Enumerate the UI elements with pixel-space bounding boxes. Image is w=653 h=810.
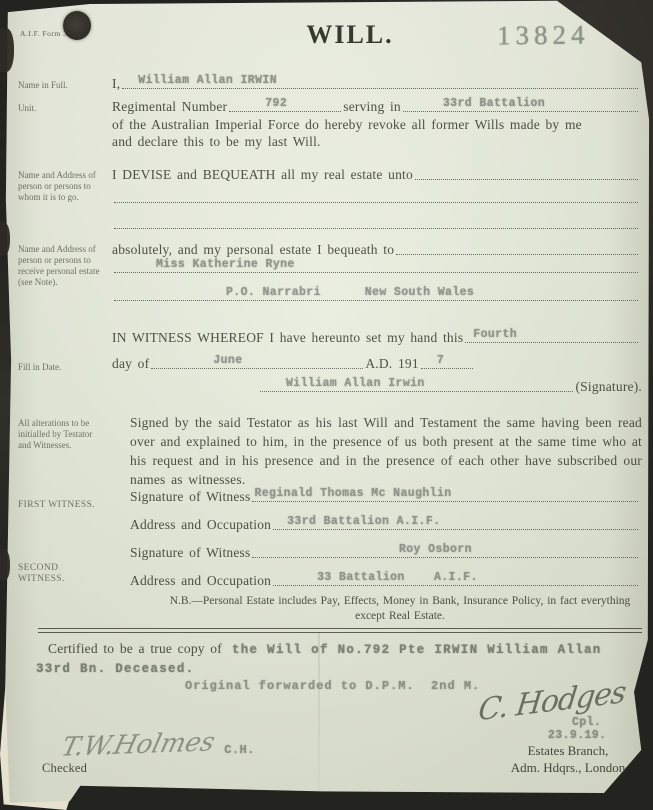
forwarded-note-typed: Original forwarded to D.P.M. 2nd M. (185, 679, 480, 693)
punch-hole (63, 11, 91, 40)
unit-fill: 33rd Battalion (403, 105, 638, 112)
personal-fill (396, 248, 638, 255)
certified-detail-typed: the Will of No.792 Pte IRWIN William All… (232, 643, 602, 657)
personal-estate-line: absolutely, and my personal estate I beq… (112, 242, 640, 258)
serial-number-stamp: 13824 (497, 20, 590, 52)
regimental-number-typed: 792 (265, 97, 287, 110)
year-typed: 7 (437, 354, 444, 367)
checker-suffix-typed: C.H. (224, 743, 254, 757)
checked-label: Checked (42, 761, 87, 775)
signature-of-witness-label: Signature of Witness (130, 545, 250, 561)
scanned-will-document: A.I.F. Form 31B. WILL. 13824 Name in Ful… (0, 0, 653, 810)
devise-clause: I DEVISE and BEQUEATH all my real estate… (112, 167, 413, 183)
date-line: day of June A.D. 191 7 (112, 356, 562, 372)
address-occupation-label: Address and Occupation (130, 573, 271, 589)
approver-rank-typed: Cpl. (572, 716, 601, 729)
day-fill: Fourth (465, 336, 638, 343)
devise-line: I DEVISE and BEQUEATH all my real estate… (112, 167, 640, 183)
witness1-signature-line: Signature of Witness Reginald Thomas Mc … (130, 489, 640, 505)
label-real-estate-recipient: Name and Address of person or persons to… (18, 170, 106, 203)
testator-signature-fill: William Allan Irwin (260, 385, 573, 392)
devise-fill (415, 173, 638, 180)
certified-detail2-typed: 33rd Bn. Deceased. (36, 662, 194, 676)
month-fill: June (151, 362, 363, 369)
label-personal-estate-recipient: Name and Address of person or persons to… (18, 244, 106, 288)
certified-label: Certified to be a true copy of (48, 641, 222, 657)
blank-fill (114, 196, 638, 203)
witness1-address-typed: 33rd Battalion A.I.F. (287, 515, 440, 528)
day-typed: Fourth (473, 328, 517, 341)
adm-hdqrs-line: Adm. Hdqrs., London (492, 759, 644, 776)
regimental-number-fill: 792 (229, 105, 341, 112)
testator-name-line: I, William Allan IRWIN (112, 76, 640, 92)
revoke-clause-2: and declare this to be my last Will. (112, 134, 640, 150)
testator-signature-line: William Allan Irwin (Signature). (258, 379, 642, 395)
unit-typed: 33rd Battalion (443, 97, 545, 110)
signature-of-witness-label: Signature of Witness (130, 489, 250, 505)
testator-name-typed: William Allan IRWIN (138, 74, 277, 87)
label-first-witness: FIRST WITNESS. (18, 500, 106, 511)
label-alterations: All alterations to be initialled by Test… (18, 418, 106, 451)
witness2-address-fill: 33 Battalion A.I.F. (273, 579, 638, 586)
beneficiary-address-fill: P.O. Narrabri New South Wales (114, 294, 638, 301)
label-unit: Unit. (18, 103, 106, 114)
checker-signature-row: T.W.Holmes C.H. (62, 730, 255, 760)
witness-whereof-clause: IN WITNESS WHEREOF I have hereunto set m… (112, 330, 463, 346)
witness2-signature-fill: Roy Osborn (252, 551, 638, 558)
beneficiary-address-line: P.O. Narrabri New South Wales (112, 294, 640, 304)
blank-fill (114, 222, 638, 229)
label-name-in-full: Name in Full. (18, 80, 106, 91)
year-fill: 7 (421, 362, 473, 369)
attestation-paragraph: Signed by the said Testator as his last … (130, 413, 642, 489)
blank-fill-line (112, 196, 640, 206)
left-edge-tear (0, 28, 14, 72)
witness1-address-fill: 33rd Battalion A.I.F. (273, 523, 638, 530)
ad-label: A.D. 191 (365, 356, 418, 372)
witness2-signature-line: Signature of Witness Roy Osborn (130, 545, 640, 561)
left-edge-tear (0, 324, 8, 350)
regimental-line: Regimental Number 792 serving in 33rd Ba… (112, 99, 640, 115)
revoke-clause-1: of the Australian Imperial Force do here… (112, 117, 640, 133)
date-stamp-typed: 23.9.19. (548, 729, 606, 742)
blank-fill-line (112, 222, 640, 232)
name-fill-line: William Allan IRWIN (122, 82, 638, 89)
serving-in-label: serving in (343, 99, 401, 115)
section-divider-rule (38, 628, 642, 633)
witness2-address-line: Address and Occupation 33 Battalion A.I.… (130, 573, 640, 589)
witness1-address-line: Address and Occupation 33rd Battalion A.… (130, 517, 640, 533)
beneficiary-name-typed: Miss Katherine Ryne (156, 258, 295, 271)
testator-signature-typed: William Allan Irwin (286, 377, 425, 390)
checker-signature: T.W.Holmes (58, 727, 218, 763)
certified-line: Certified to be a true copy of the Will … (48, 641, 642, 657)
i-prefix: I, (112, 76, 120, 92)
estates-branch-line: Estates Branch, (492, 742, 644, 759)
left-edge-tear (0, 549, 10, 581)
beneficiary-name-line: Miss Katherine Ryne (112, 266, 640, 276)
label-fill-in-date: Fill in Date. (18, 362, 106, 373)
label-second-witness: SECOND WITNESS. (18, 563, 106, 585)
witness1-signature-typed: Reginald Thomas Mc Naughlin (254, 487, 451, 500)
month-typed: June (213, 354, 242, 367)
signature-label: (Signature). (575, 379, 642, 395)
witness2-address-typed: 33 Battalion A.I.F. (317, 571, 478, 584)
day-of-label: day of (112, 356, 149, 372)
witness-whereof-line: IN WITNESS WHEREOF I have hereunto set m… (112, 330, 640, 346)
regimental-number-label: Regimental Number (112, 99, 227, 115)
page-title: WILL. (240, 20, 460, 50)
beneficiary-address-typed: P.O. Narrabri New South Wales (226, 286, 474, 299)
address-occupation-label: Address and Occupation (130, 517, 271, 533)
nb-note: N.B.—Personal Estate includes Pay, Effec… (165, 594, 635, 624)
witness2-signature-typed: Roy Osborn (399, 543, 472, 556)
personal-clause: absolutely, and my personal estate I beq… (112, 242, 394, 258)
beneficiary-name-fill: Miss Katherine Ryne (114, 266, 638, 273)
witness1-signature-fill: Reginald Thomas Mc Naughlin (252, 495, 638, 502)
